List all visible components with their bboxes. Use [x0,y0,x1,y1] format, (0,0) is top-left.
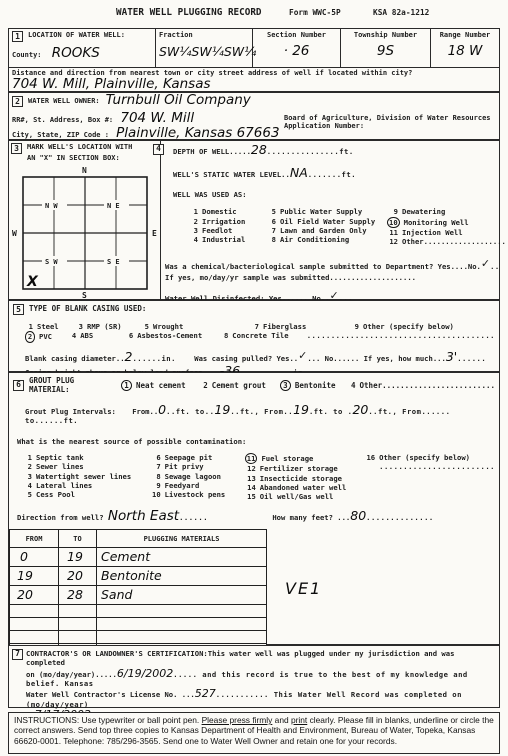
compass-east-label: E [152,229,157,238]
circled-neat-cement: 1 [121,380,132,391]
statute-number: KSA 82a-1212 [373,8,429,17]
license-number-value: 527 [195,687,216,700]
table-cell: 19 [59,548,97,567]
direction-dots: ...... [179,513,208,522]
table-row [10,631,267,644]
table-cell [97,605,267,618]
section-1-number: 1 [12,31,23,42]
section-7-certification: 7 CONTRACTOR'S OR LANDOWNER'S CERTIFICAT… [8,645,500,708]
table-cell: Bentonite [97,567,267,586]
uses-column-2: 5Public Water Supply 6Oil Field Water Su… [265,207,387,246]
well-location-x-mark: X [26,274,39,290]
section-3-heading-line1: MARK WELL'S LOCATION WITH [27,143,132,152]
township-value: 9S [344,45,427,59]
table-cell [10,631,59,644]
table-cell: 28 [59,586,97,605]
quadrant-sw-label: S W [45,258,58,266]
sample-no-checkmark: ✓ [481,257,490,270]
iv-p3: ..ft., From.. [230,407,293,416]
section-6-grout-plug: 6 GROUT PLUG MATERIAL: 1Neat cement 2Cem… [8,372,500,645]
table-cell: 0 [10,548,59,567]
section-1-location: 1 LOCATION OF WATER WELL: County: ROOKS … [8,28,500,92]
section-6-number: 6 [13,380,24,391]
table-cell [59,605,97,618]
casing-pulled-mid: ... No...... If yes, how much... [307,354,445,363]
instructions-part-1: INSTRUCTIONS: Use typewriter or ball poi… [14,715,202,725]
section-4-number: 4 [153,144,164,155]
contamination-column-1: 1Septic tank 2Sewer lines 3Watertight se… [21,453,150,502]
fraction-label: Fraction [159,31,249,40]
interval-1-to: 19 [214,402,230,417]
table-cell: 19 [10,567,59,586]
how-much-dots: ...... [457,354,486,363]
table-cell: 20 [10,586,59,605]
address-value: 704 W. Mill [120,110,194,126]
ve1-pen-mark: VE1 [285,581,322,597]
section-5-heading: TYPE OF BLANK CASING USED: [29,304,146,313]
contamination-column-3: 11Fuel storage 12Fertilizer storage 13In… [245,453,364,502]
cert-line-3a: Water Well Contractor's License No. ... [26,690,195,699]
cert-line-2a: on (mo/day/year)..... [26,670,117,679]
contamination-question: What is the nearest source of possible c… [17,437,495,446]
water-well-plugging-record-form: WATER WELL PLUGGING RECORD Form WWC-5P K… [0,0,508,756]
direction-label: Direction from well? [17,513,104,522]
application-number-label: Application Number: [284,122,496,131]
interval-1-from: 0 [158,402,166,417]
instructions-block: INSTRUCTIONS: Use typewriter or ball poi… [8,712,500,754]
depth-value: 28 [251,142,267,157]
compass-west-label: W [12,229,17,238]
direction-value: North East [108,508,179,524]
iv-p4: .ft. to . [309,407,352,416]
township-label: Township Number [344,31,427,40]
range-value: 18 W [434,45,496,59]
section-6-heading: GROUT PLUG MATERIAL: [29,376,113,395]
compass-north-label: N [82,166,87,175]
table-row: 1920Bentonite [10,567,267,586]
owner-value: Turnbull Oil Company [106,94,251,108]
city-label: City, State, ZIP Code : [12,131,109,139]
instructions-part-2: and [272,715,291,725]
static-level-value: NA [290,165,308,180]
quadrant-ne-label: N E [107,202,120,210]
sample-question: Was a chemical/bacteriological sample su… [165,262,481,271]
table-row [10,605,267,618]
how-much-value: 3' [446,349,457,364]
casing-diameter-dots: ......in. [132,354,175,363]
sample-dots: .. [490,262,500,271]
address-label: RR#, St. Address, Box #: [12,116,113,124]
section-1-heading: LOCATION OF WATER WELL: [28,31,125,40]
interval-2-to: 20 [352,402,368,417]
table-cell [10,618,59,631]
section-3-4-container: 3 MARK WELL'S LOCATION WITH AN "X" IN SE… [8,140,500,300]
section-7-number: 7 [12,649,23,660]
section-5-number: 5 [13,304,24,315]
iv-p1: From.. [132,407,158,416]
static-level-dots: .......ft. [308,170,356,179]
table-row: 2028Sand [10,586,267,605]
table-cell: Sand [97,586,267,605]
section-4-well-details: 4 DEPTH OF WELL.....28...............ft.… [161,141,508,299]
casing-pulled-label: Was casing pulled? Yes.. [194,354,298,363]
quadrant-nw-label: N W [45,202,58,210]
circled-fuel-storage: 11 [245,453,258,464]
well-used-as-label: WELL WAS USED AS: [173,190,506,199]
col-materials-header: PLUGGING MATERIALS [97,530,267,548]
table-cell [97,631,267,644]
section-number-label: Section Number [256,31,337,40]
table-cell: 20 [59,567,97,586]
form-number: Form WWC-5P [289,8,341,17]
feet-dots: .............. [366,513,434,522]
section-box-grid: N S W E N W N E S W S E X [11,164,159,300]
city-value: Plainville, Kansas 67663 [116,125,279,141]
fraction-value: SW¼SW¼SW¼ [159,46,249,59]
uses-column-3: 9Dewatering 10Monitoring Well 11Injectio… [387,207,506,246]
section-5-casing: 5 TYPE OF BLANK CASING USED: 1Steel 3RMP… [8,300,500,372]
county-value: ROOKS [52,45,100,61]
feet-value: 80 [350,508,366,523]
range-label: Range Number [434,31,496,40]
interval-2-from: 19 [293,402,309,417]
table-cell: Cement [97,548,267,567]
section-3-location-grid: 3 MARK WELL'S LOCATION WITH AN "X" IN SE… [9,141,161,299]
table-cell [97,618,267,631]
certification-line-1: CONTRACTOR'S OR LANDOWNER'S CERTIFICATIO… [26,649,496,668]
section-3-number: 3 [11,143,22,154]
section-2-number: 2 [12,96,23,107]
col-to-header: TO [59,530,97,548]
contamination-column-4: 16Other (specify below) ................… [364,453,495,502]
iv-p2: ..ft. to.. [166,407,214,416]
intervals-label: Grout Plug Intervals: [25,407,116,416]
form-title: WATER WELL PLUGGING RECORD [116,7,262,18]
table-row [10,618,267,631]
circled-monitoring-well: 10 [387,217,400,228]
table-header-row: FROM TO PLUGGING MATERIALS [10,530,267,548]
instructions-underline-2: print [291,715,307,725]
section-3-heading-line2: AN "X" IN SECTION BOX: [27,154,158,163]
contamination-column-2: 6Seepage pit 7Pit privy 8Sewage lagoon 9… [150,453,245,502]
depth-dots: ...............ft. [267,147,354,156]
board-of-agriculture-label: Board of Agriculture, Division of Water … [284,114,496,123]
sample-date-line: If yes, mo/day/yr sample was submitted..… [165,273,506,282]
circled-bentonite: 3 [280,380,291,391]
distance-answer: 704 W. Mill, Plainville, Kansas [12,78,496,92]
casing-pulled-checkmark: ✓ [298,349,307,362]
table-cell [59,618,97,631]
uses-column-1: 1Domestic 2Irrigation 3Feedlot 4Industri… [187,207,265,246]
depth-label: DEPTH OF WELL..... [173,147,251,156]
table-row: 019Cement [10,548,267,567]
table-cell [10,605,59,618]
county-label: County: [12,51,42,59]
casing-diameter-label: Blank casing diameter.. [25,354,125,363]
compass-south-label: S [82,291,87,300]
quadrant-se-label: S E [107,258,120,266]
owner-label: WATER WELL OWNER: [28,97,100,106]
date-plugged-value: 6/19/2002 [117,667,173,680]
static-level-label: WELL'S STATIC WATER LEVEL.. [173,170,290,179]
circled-pvc: 2 [25,331,35,342]
feet-label: How many feet? ... [272,513,350,522]
section-number-value: · 26 [256,45,337,59]
col-from-header: FROM [10,530,59,548]
instructions-underline-1: Please press firmly [202,715,273,725]
section-2-owner: 2 WATER WELL OWNER: Turnbull Oil Company… [8,92,500,140]
table-cell [59,631,97,644]
